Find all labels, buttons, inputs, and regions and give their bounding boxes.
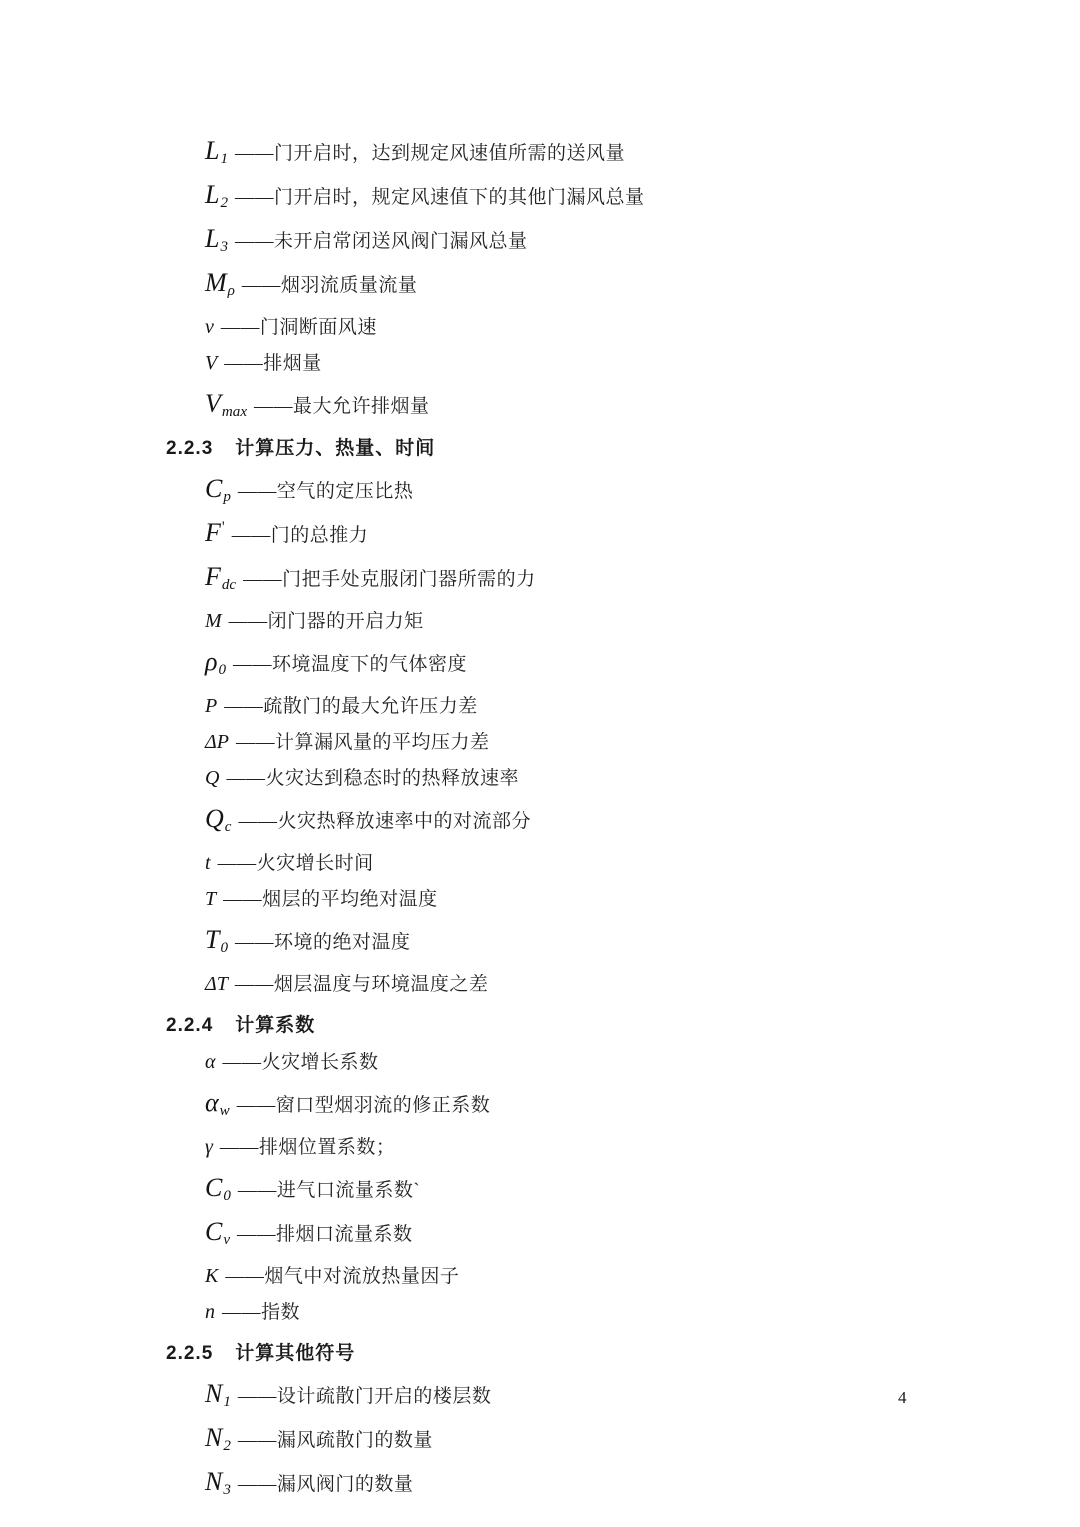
symbol-description: ——窗口型烟羽流的修正系数 xyxy=(237,1090,491,1117)
page-number: 4 xyxy=(898,1388,907,1408)
symbol-subscript: c xyxy=(225,819,232,836)
symbol-definition: ΔP ——计算漏风量的平均压力差 xyxy=(205,727,1080,754)
symbol-description: ——火灾增长系数 xyxy=(223,1047,379,1074)
symbol: Cp xyxy=(205,474,231,504)
symbol-definition: α ——火灾增长系数 xyxy=(205,1047,1080,1074)
section-items: α ——火灾增长系数 αw ——窗口型烟羽流的修正系数 γ ——排烟位置系数； … xyxy=(0,1047,1080,1324)
symbol-definition: Fdc ——门把手处克服闭门器所需的力 xyxy=(205,562,1080,592)
symbol-description: ——火灾达到稳态时的热释放速率 xyxy=(226,763,519,790)
symbol: C0 xyxy=(205,1173,231,1203)
symbol-base: C xyxy=(205,1173,222,1203)
symbol: α xyxy=(205,1051,216,1074)
symbol: V xyxy=(205,352,217,375)
symbol-base: F xyxy=(205,562,221,592)
symbol: L3 xyxy=(205,224,228,254)
symbol-definition: Vmax ——最大允许排烟量 xyxy=(205,389,1080,419)
symbol-base: V xyxy=(205,389,221,419)
symbol: Vmax xyxy=(205,389,247,419)
symbol-definition: T0 ——环境的绝对温度 xyxy=(205,925,1080,955)
symbol: Cv xyxy=(205,1217,230,1247)
symbol-description: ——最大允许排烟量 xyxy=(254,391,430,418)
symbol-definition: M ——闭门器的开启力矩 xyxy=(205,606,1080,633)
symbol-base: T xyxy=(205,925,219,955)
symbol-description: ——门开启时，达到规定风速值所需的送风量 xyxy=(235,138,625,165)
symbol-description: ——排烟位置系数； xyxy=(220,1132,396,1159)
symbol-definition: N1 ——设计疏散门开启的楼层数 xyxy=(205,1379,1080,1409)
symbol-subscript: 3 xyxy=(220,239,228,256)
symbol-base: N xyxy=(205,1467,222,1497)
symbol-base: γ xyxy=(205,1136,213,1159)
symbol: Fdc xyxy=(205,562,236,592)
symbol-definition: P ——疏散门的最大允许压力差 xyxy=(205,691,1080,718)
section-title: 计算其他符号 xyxy=(235,1338,355,1365)
symbol-superscript: ' xyxy=(222,519,225,537)
symbol: N2 xyxy=(205,1423,231,1453)
symbol-definition: L2 ——门开启时，规定风速值下的其他门漏风总量 xyxy=(205,180,1080,210)
symbol-group: 2.2.3 计算压力、热量、时间 Cp ——空气的定压比热 F' ——门的总推力… xyxy=(0,433,1080,996)
symbol: ΔP xyxy=(205,731,229,754)
symbol-group: 2.2.4 计算系数 α ——火灾增长系数 αw ——窗口型烟羽流的修正系数 γ… xyxy=(0,1010,1080,1324)
symbol-base: P xyxy=(205,695,217,718)
symbol-definition: Qc ——火灾热释放速率中的对流部分 xyxy=(205,804,1080,834)
section-items: Cp ——空气的定压比热 F' ——门的总推力 Fdc ——门把手处克服闭门器所… xyxy=(0,474,1080,996)
symbol: K xyxy=(205,1265,218,1288)
symbol: Mρ xyxy=(205,268,235,298)
symbol-base: N xyxy=(205,1423,222,1453)
symbol-description: ——烟羽流质量流量 xyxy=(242,270,418,297)
symbol-base: ρ xyxy=(205,647,217,677)
section-title: 计算压力、热量、时间 xyxy=(235,433,435,460)
symbol-base: C xyxy=(205,474,222,504)
symbol-subscript: 0 xyxy=(220,940,228,957)
symbol-definition: C0 ——进气口流量系数` xyxy=(205,1173,1080,1203)
symbol-subscript: w xyxy=(220,1103,230,1120)
symbol: t xyxy=(205,852,211,875)
symbol-base: ΔT xyxy=(205,973,228,996)
symbol-description: ——环境的绝对温度 xyxy=(235,927,411,954)
symbol-description: ——烟层的平均绝对温度 xyxy=(223,884,438,911)
section-heading: 2.2.4 计算系数 xyxy=(166,1010,1080,1037)
symbol-definition: K ——烟气中对流放热量因子 xyxy=(205,1261,1080,1288)
symbol-definition: Cv ——排烟口流量系数 xyxy=(205,1217,1080,1247)
symbol-description: ——门的总推力 xyxy=(232,520,369,547)
symbol-base: K xyxy=(205,1265,218,1288)
symbol: T xyxy=(205,888,216,911)
symbol-definition: L1 ——门开启时，达到规定风速值所需的送风量 xyxy=(205,136,1080,166)
symbol: P xyxy=(205,695,217,718)
symbol: Q xyxy=(205,767,219,790)
symbol-subscript: max xyxy=(222,404,247,421)
symbol-subscript: 0 xyxy=(218,662,226,679)
symbol-subscript: dc xyxy=(222,577,236,594)
symbol-base: M xyxy=(205,268,227,298)
symbol-description: ——门洞断面风速 xyxy=(221,312,377,339)
symbol: v xyxy=(205,316,214,339)
symbol-description: ——门开启时，规定风速值下的其他门漏风总量 xyxy=(235,182,645,209)
symbol-base: F xyxy=(205,518,221,548)
symbol-description: ——环境温度下的气体密度 xyxy=(233,649,467,676)
symbol-description: ——烟气中对流放热量因子 xyxy=(225,1261,459,1288)
symbol-definition: γ ——排烟位置系数； xyxy=(205,1132,1080,1159)
section-heading: 2.2.5 计算其他符号 xyxy=(166,1338,1080,1365)
symbol-definition: t ——火灾增长时间 xyxy=(205,848,1080,875)
symbol-definition: T ——烟层的平均绝对温度 xyxy=(205,884,1080,911)
symbol: N3 xyxy=(205,1467,231,1497)
symbol: N1 xyxy=(205,1379,231,1409)
section-number: 2.2.5 xyxy=(166,1343,213,1365)
symbol-base: t xyxy=(205,852,211,875)
symbol-base: L xyxy=(205,224,219,254)
symbol-base: C xyxy=(205,1217,222,1247)
symbol-description: ——火灾热释放速率中的对流部分 xyxy=(238,806,531,833)
symbol-base: M xyxy=(205,610,222,633)
symbol-description: ——疏散门的最大允许压力差 xyxy=(224,691,478,718)
symbols-list: L1 ——门开启时，达到规定风速值所需的送风量 L2 ——门开启时，规定风速值下… xyxy=(0,122,1080,1511)
symbol-base: V xyxy=(205,352,217,375)
symbol-base: n xyxy=(205,1301,215,1324)
symbol-subscript: 2 xyxy=(223,1438,231,1455)
symbol-description: ——漏风阀门的数量 xyxy=(238,1469,414,1496)
symbol-definition: V ——排烟量 xyxy=(205,348,1080,375)
symbol-description: ——计算漏风量的平均压力差 xyxy=(236,727,490,754)
symbol-definition: Mρ ——烟羽流质量流量 xyxy=(205,268,1080,298)
symbol-description: ——未开启常闭送风阀门漏风总量 xyxy=(235,226,528,253)
symbol: Qc xyxy=(205,804,231,834)
symbol: γ xyxy=(205,1136,213,1159)
symbol: L1 xyxy=(205,136,228,166)
symbol-base: L xyxy=(205,136,219,166)
symbol-definition: Cp ——空气的定压比热 xyxy=(205,474,1080,504)
symbol-description: ——进气口流量系数` xyxy=(238,1175,420,1202)
symbol-description: ——火灾增长时间 xyxy=(218,848,374,875)
section-items: L1 ——门开启时，达到规定风速值所需的送风量 L2 ——门开启时，规定风速值下… xyxy=(0,136,1080,419)
symbol-definition: N2 ——漏风疏散门的数量 xyxy=(205,1423,1080,1453)
symbol-definition: Q ——火灾达到稳态时的热释放速率 xyxy=(205,763,1080,790)
symbol-description: ——指数 xyxy=(222,1297,300,1324)
symbol: ΔT xyxy=(205,973,228,996)
symbol: M xyxy=(205,610,222,633)
symbol-base: α xyxy=(205,1088,219,1118)
symbol: L2 xyxy=(205,180,228,210)
symbol-subscript: p xyxy=(223,489,231,506)
symbol-subscript: 3 xyxy=(223,1482,231,1499)
document-page: L1 ——门开启时，达到规定风速值所需的送风量 L2 ——门开启时，规定风速值下… xyxy=(0,0,1080,1527)
symbol: F' xyxy=(205,518,225,548)
symbol-description: ——排烟量 xyxy=(224,348,322,375)
symbol-description: ——设计疏散门开启的楼层数 xyxy=(238,1381,492,1408)
section-number: 2.2.4 xyxy=(166,1015,213,1037)
symbol-description: ——漏风疏散门的数量 xyxy=(238,1425,433,1452)
symbol-description: ——排烟口流量系数 xyxy=(237,1219,413,1246)
symbol-base: ΔP xyxy=(205,731,229,754)
symbol: αw xyxy=(205,1088,230,1118)
section-heading: 2.2.3 计算压力、热量、时间 xyxy=(166,433,1080,460)
symbol-description: ——门把手处克服闭门器所需的力 xyxy=(243,564,536,591)
symbol-base: α xyxy=(205,1051,216,1074)
symbol-definition: αw ——窗口型烟羽流的修正系数 xyxy=(205,1088,1080,1118)
symbol-definition: n ——指数 xyxy=(205,1297,1080,1324)
symbol-base: T xyxy=(205,888,216,911)
symbol: n xyxy=(205,1301,215,1324)
symbol-definition: v ——门洞断面风速 xyxy=(205,312,1080,339)
section-title: 计算系数 xyxy=(235,1010,315,1037)
symbol-base: Q xyxy=(205,804,224,834)
symbol: ρ0 xyxy=(205,647,226,677)
symbol-subscript: ρ xyxy=(228,283,235,300)
symbol-description: ——烟层温度与环境温度之差 xyxy=(235,969,489,996)
symbol-definition: ΔT ——烟层温度与环境温度之差 xyxy=(205,969,1080,996)
symbol-group: L1 ——门开启时，达到规定风速值所需的送风量 L2 ——门开启时，规定风速值下… xyxy=(0,136,1080,419)
symbol-subscript: 1 xyxy=(223,1394,231,1411)
symbol-definition: ρ0 ——环境温度下的气体密度 xyxy=(205,647,1080,677)
symbol-subscript: 2 xyxy=(220,195,228,212)
symbol-group: 2.2.5 计算其他符号 N1 ——设计疏散门开启的楼层数 N2 ——漏风疏散门… xyxy=(0,1338,1080,1497)
symbol-description: ——闭门器的开启力矩 xyxy=(229,606,424,633)
symbol-subscript: 0 xyxy=(223,1188,231,1205)
section-items: N1 ——设计疏散门开启的楼层数 N2 ——漏风疏散门的数量 N3 ——漏风阀门… xyxy=(0,1379,1080,1497)
symbol-definition: N3 ——漏风阀门的数量 xyxy=(205,1467,1080,1497)
symbol-base: N xyxy=(205,1379,222,1409)
symbol-subscript: v xyxy=(223,1232,230,1249)
symbol-base: L xyxy=(205,180,219,210)
symbol-description: ——空气的定压比热 xyxy=(238,476,414,503)
symbol-subscript: 1 xyxy=(220,151,228,168)
symbol-base: v xyxy=(205,316,214,339)
section-number: 2.2.3 xyxy=(166,438,213,460)
symbol-base: Q xyxy=(205,767,219,790)
symbol-definition: F' ——门的总推力 xyxy=(205,518,1080,548)
symbol: T0 xyxy=(205,925,228,955)
symbol-definition: L3 ——未开启常闭送风阀门漏风总量 xyxy=(205,224,1080,254)
